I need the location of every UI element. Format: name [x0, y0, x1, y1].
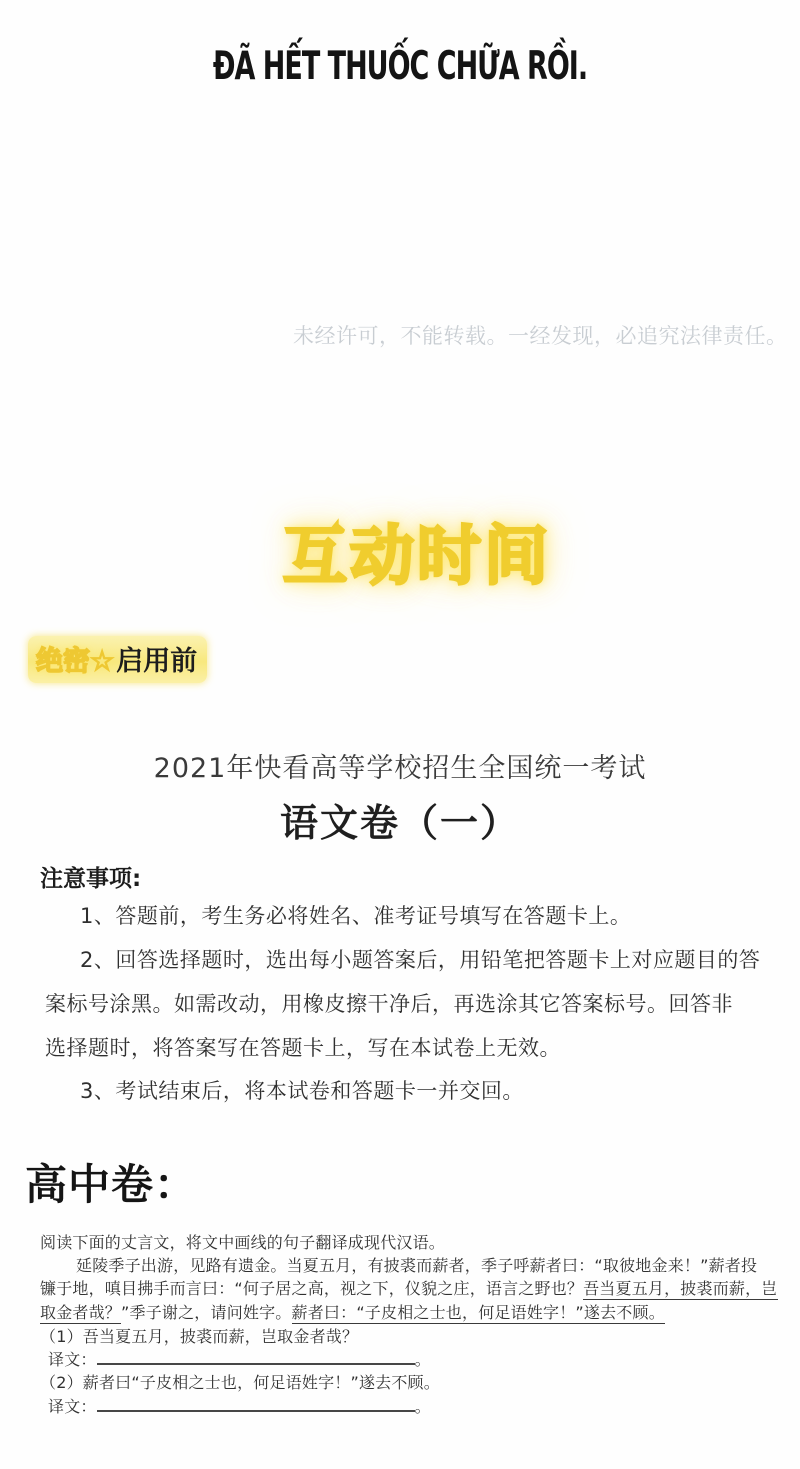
scanned-exam-page: ĐÃ HẾT THUỐC CHỮA RỒI. 未经许可，不能转载。一经发现，必追… [0, 0, 800, 1469]
answer-blank-line [97, 1350, 415, 1365]
passage-line-1: 延陵季子出游，见路有遗金。当夏五月，有披裘而薪者，季子呼薪者曰：“取彼地金来！”… [76, 1253, 757, 1276]
interactive-time-banner: 互动时间 [0, 505, 800, 597]
classification-bubble-text: 绝密☆ [36, 646, 114, 677]
copyright-watermark: 未经许可，不能转载。一经发现，必追究法律责任。 [293, 320, 788, 350]
notice-line-2-cont: 案标号涂黑。如需改动，用橡皮擦干净后，再选涂其它答案标号。回答非 [45, 988, 733, 1018]
passage-text-underlined: 吾当夏五月，披裘而薪，岂 [583, 1279, 777, 1300]
notice-line-3: 3、考试结束后，将本试卷和答题卡一并交回。 [80, 1075, 524, 1105]
exam-title: 2021年快看高等学校招生全国统一考试 [0, 746, 800, 785]
translation-line-2: 译文：。 [48, 1394, 431, 1417]
translation-label: 译文： [48, 1350, 97, 1369]
notice-line-2-cont2: 选择题时，将答案写在答题卡上，写在本试卷上无效。 [45, 1032, 561, 1062]
section-heading: 高中卷： [25, 1152, 197, 1212]
notice-line-2: 2、回答选择题时，选出每小题答案后，用铅笔把答题卡上对应题目的答 [80, 944, 760, 974]
question-2: （2）薪者曰“子皮相之士也，何足语姓字！”遂去不顾。 [40, 1370, 440, 1393]
passage-text-underlined: 薪者曰：“子皮相之士也，何足语姓字！”遂去不顾。 [292, 1303, 665, 1324]
notice-heading: 注意事项: [40, 860, 141, 893]
classification-label: 绝密☆启用前 [28, 636, 207, 683]
period-mark: 。 [415, 1397, 431, 1416]
notice-line-1: 1、答题前，考生务必将姓名、准考证号填写在答题卡上。 [80, 900, 631, 930]
translation-label: 译文： [48, 1397, 97, 1416]
classification-plain-text: 启用前 [116, 646, 197, 677]
answer-blank-line [97, 1397, 415, 1412]
passage-line-2: 镰于地，嗔目拂手而言曰：“何子居之高，视之下，仪貌之庄，语言之野也？吾当夏五月，… [40, 1276, 778, 1299]
comic-caption: ĐÃ HẾT THUỐC CHỮA RỒI. [0, 44, 800, 89]
passage-text-plain: 镰于地，嗔目拂手而言曰：“何子居之高，视之下，仪貌之庄，语言之野也？ [40, 1279, 583, 1298]
question-1: （1）吾当夏五月，披裘而薪，岂取金者哉？ [40, 1324, 358, 1347]
passage-instruction: 阅读下面的丈言文，将文中画线的句子翻译成现代汉语。 [40, 1230, 445, 1253]
passage-line-3: 取金者哉？”季子谢之，请问姓字。薪者曰：“子皮相之士也，何足语姓字！”遂去不顾。 [40, 1300, 665, 1323]
translation-line-1: 译文：。 [48, 1347, 431, 1370]
exam-subject-title: 语文卷（一） [0, 792, 800, 847]
passage-text-underlined: 取金者哉？ [40, 1303, 121, 1324]
period-mark: 。 [415, 1350, 431, 1369]
passage-text-plain: ”季子谢之，请问姓字。 [121, 1303, 292, 1322]
